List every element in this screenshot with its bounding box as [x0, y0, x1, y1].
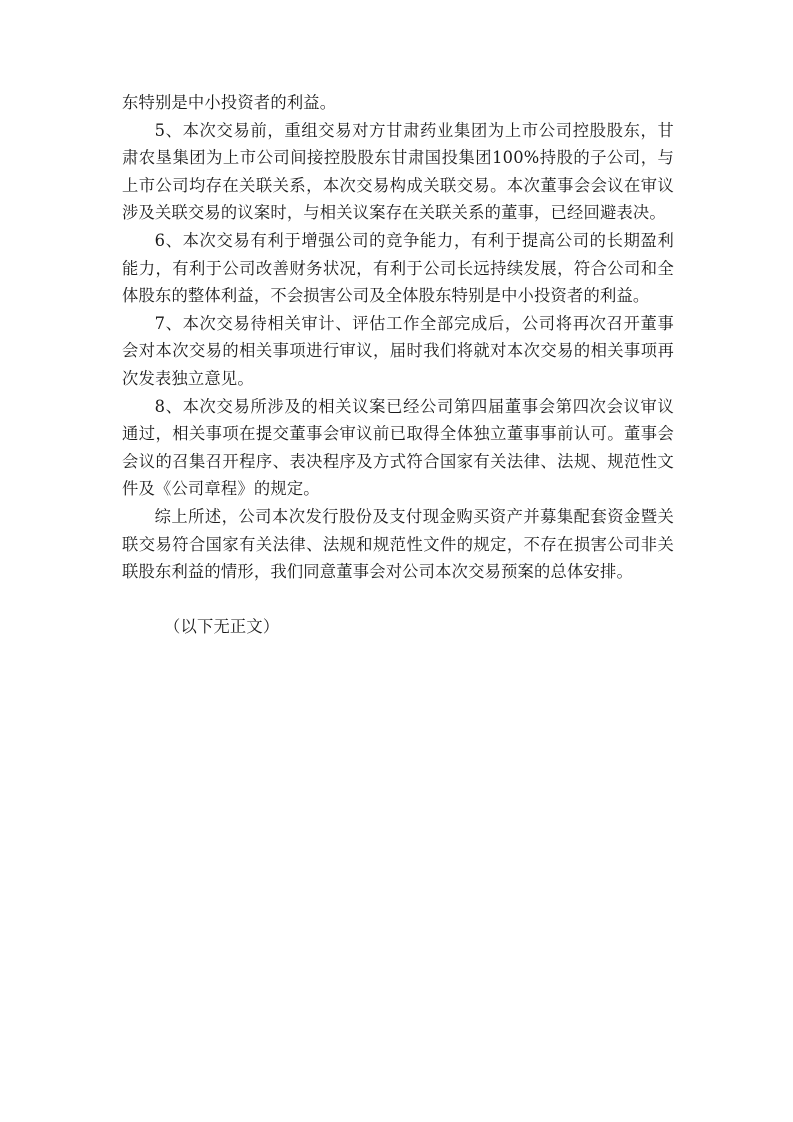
paragraph-conclusion: 综上所述，公司本次发行股份及支付现金购买资产并募集配套资金暨关联交易符合国家有关…: [122, 503, 674, 586]
paragraph-item-7: 7、本次交易待相关审计、评估工作全部完成后，公司将再次召开董事会对本次交易的相关…: [122, 310, 674, 393]
closing-note: （以下无正文）: [122, 613, 674, 641]
paragraph-item-8: 8、本次交易所涉及的相关议案已经公司第四届董事会第四次会议审议通过，相关事项在提…: [122, 393, 674, 503]
document-page: 东特别是中小投资者的利益。 5、本次交易前，重组交易对方甘肃药业集团为上市公司控…: [122, 89, 674, 657]
paragraph-item-6: 6、本次交易有利于增强公司的竞争能力，有利于提高公司的长期盈利能力，有利于公司改…: [122, 227, 674, 310]
paragraph-item-5: 5、本次交易前，重组交易对方甘肃药业集团为上市公司控股股东，甘肃农垦集团为上市公…: [122, 117, 674, 227]
paragraph-continuation: 东特别是中小投资者的利益。: [122, 89, 674, 117]
